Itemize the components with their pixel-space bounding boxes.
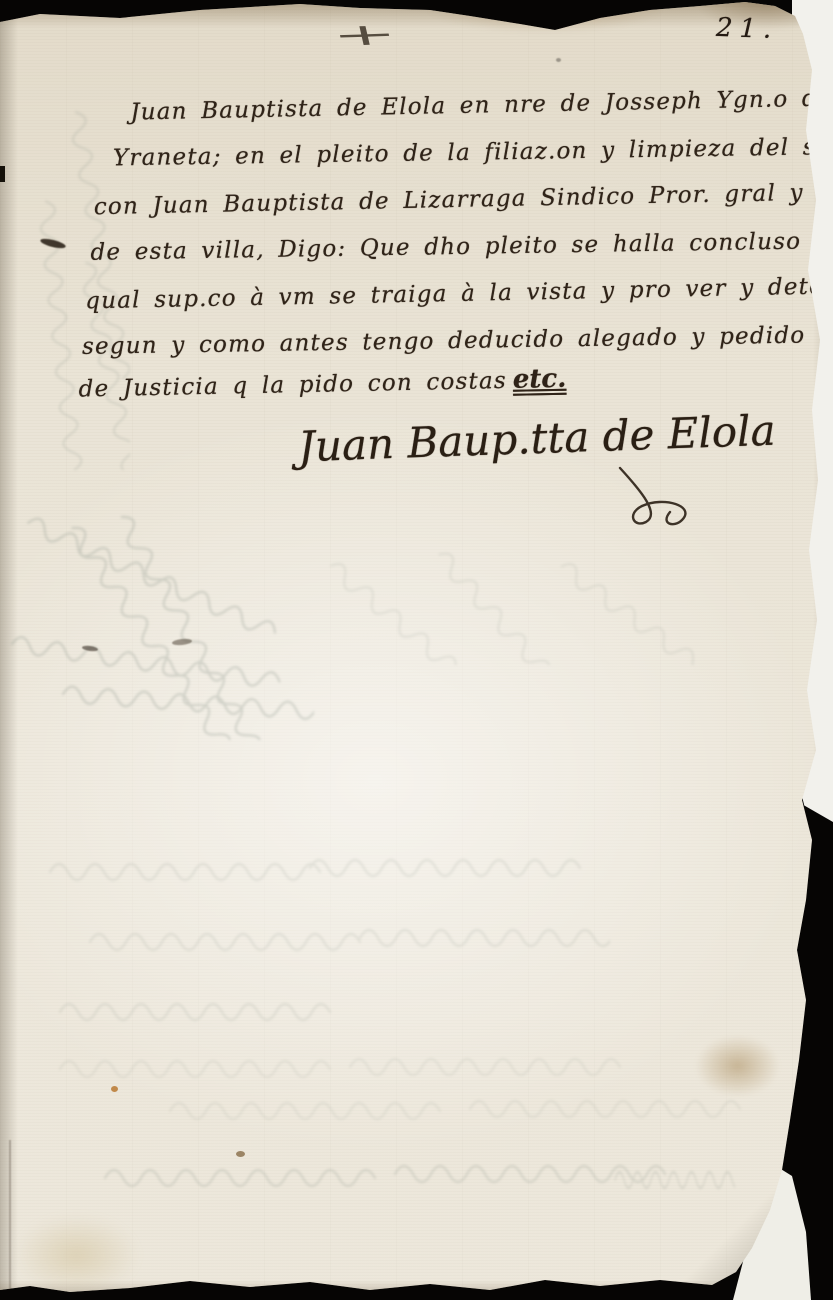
text-line-main: de Justicia q la pido con costas — [78, 368, 507, 403]
gutter-left-edge — [0, 0, 18, 1300]
torn-top-edge — [0, 0, 833, 28]
ink-dash — [82, 645, 99, 652]
bleedthrough-band — [50, 1035, 750, 1130]
document-scan: + 21. Juan Bauptista de Elola en nre de … — [0, 0, 833, 1300]
torn-bottom-edge — [0, 1280, 833, 1300]
pencil-dot — [556, 58, 561, 62]
speck — [236, 1151, 245, 1157]
bleedthrough-band — [30, 828, 610, 1038]
manuscript-paper-sheet: + 21. Juan Bauptista de Elola en nre de … — [0, 0, 833, 1300]
yellow-stain — [14, 1215, 139, 1295]
invocation-cross-mark: + — [328, 17, 401, 54]
bleedthrough-band — [95, 1146, 735, 1206]
fold-line — [9, 1140, 11, 1298]
manuscript-body-text: Juan Bauptista de Elola en nre de Jossep… — [72, 81, 797, 414]
etcetera-flourish: etc. — [507, 364, 567, 395]
signature-rubric-flourish — [612, 462, 722, 532]
folio-number: 21. — [715, 13, 778, 45]
brown-stain — [695, 1035, 780, 1097]
ink-blot — [40, 237, 67, 250]
left-edge-notch — [0, 166, 5, 182]
top-edge-stain — [420, 0, 670, 34]
bleedthrough-band — [330, 535, 720, 665]
ink-dash — [172, 638, 193, 646]
bleedthrough-band — [4, 480, 314, 740]
speck — [111, 1086, 118, 1092]
